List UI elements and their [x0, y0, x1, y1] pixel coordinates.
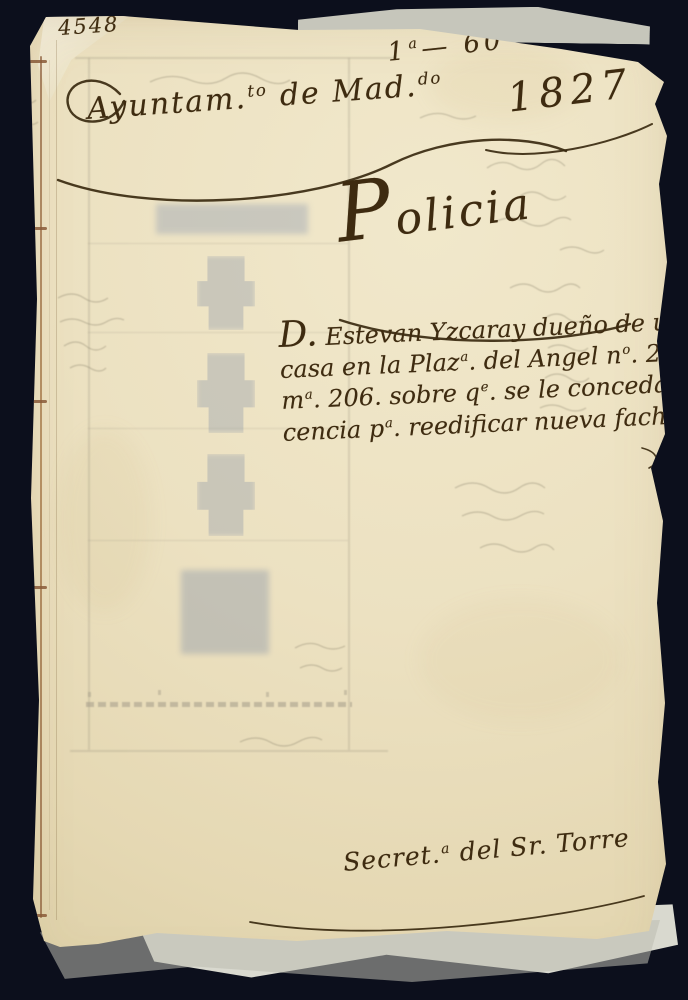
secretary-signature: Secret.a del Sr. Torre [342, 823, 631, 877]
paper-stain [60, 430, 150, 610]
bleedthrough-frame-top [75, 57, 393, 59]
signature-underline-flourish [250, 896, 644, 931]
bleedthrough-divider [88, 243, 348, 244]
section-title-policia: Policia [335, 178, 535, 252]
binding-stitch [20, 227, 47, 230]
header-title-ayuntamiento: Ayuntam.to de Mad.do [86, 67, 444, 127]
bleedthrough-elevation-2 [197, 353, 255, 433]
scale-tick [88, 692, 91, 697]
year-underline-flourish [486, 124, 652, 154]
scale-tick [158, 690, 161, 695]
paper-stain [420, 600, 620, 720]
bleedthrough-elevation-3 [197, 454, 255, 536]
bleedthrough-elevation-4 [181, 570, 269, 654]
photograph-background: { "colors": { "background": "#0c0f1c", "… [0, 0, 688, 1000]
binding-stitch [20, 60, 47, 63]
bleedthrough-frame-left [88, 58, 90, 750]
bleedthrough-frame-bottom [70, 750, 388, 752]
binding-thread [40, 56, 42, 918]
bleedthrough-drawing-title [156, 204, 308, 234]
bleedthrough-scale-bar [86, 702, 352, 707]
bleedthrough-divider [88, 540, 348, 541]
body-end-flourish [642, 448, 656, 468]
binding-crease [49, 60, 50, 910]
archive-corner-number: 4548 [57, 12, 120, 40]
bleedthrough-elevation-1 [197, 256, 255, 330]
binding-crease [56, 40, 57, 920]
binding-stitch [20, 586, 47, 589]
scale-tick [266, 692, 269, 697]
scale-tick [344, 690, 347, 695]
binding-stitch [20, 914, 47, 917]
binding-stitch [20, 400, 47, 403]
manuscript-page: 4548 1a— 60 — 38 1827 Ayuntam.to de Mad.… [0, 0, 688, 1000]
body-paragraph: D. Estevan Yzcaray dueño de una casa en … [278, 305, 688, 448]
year-label: 1827 [505, 61, 635, 122]
